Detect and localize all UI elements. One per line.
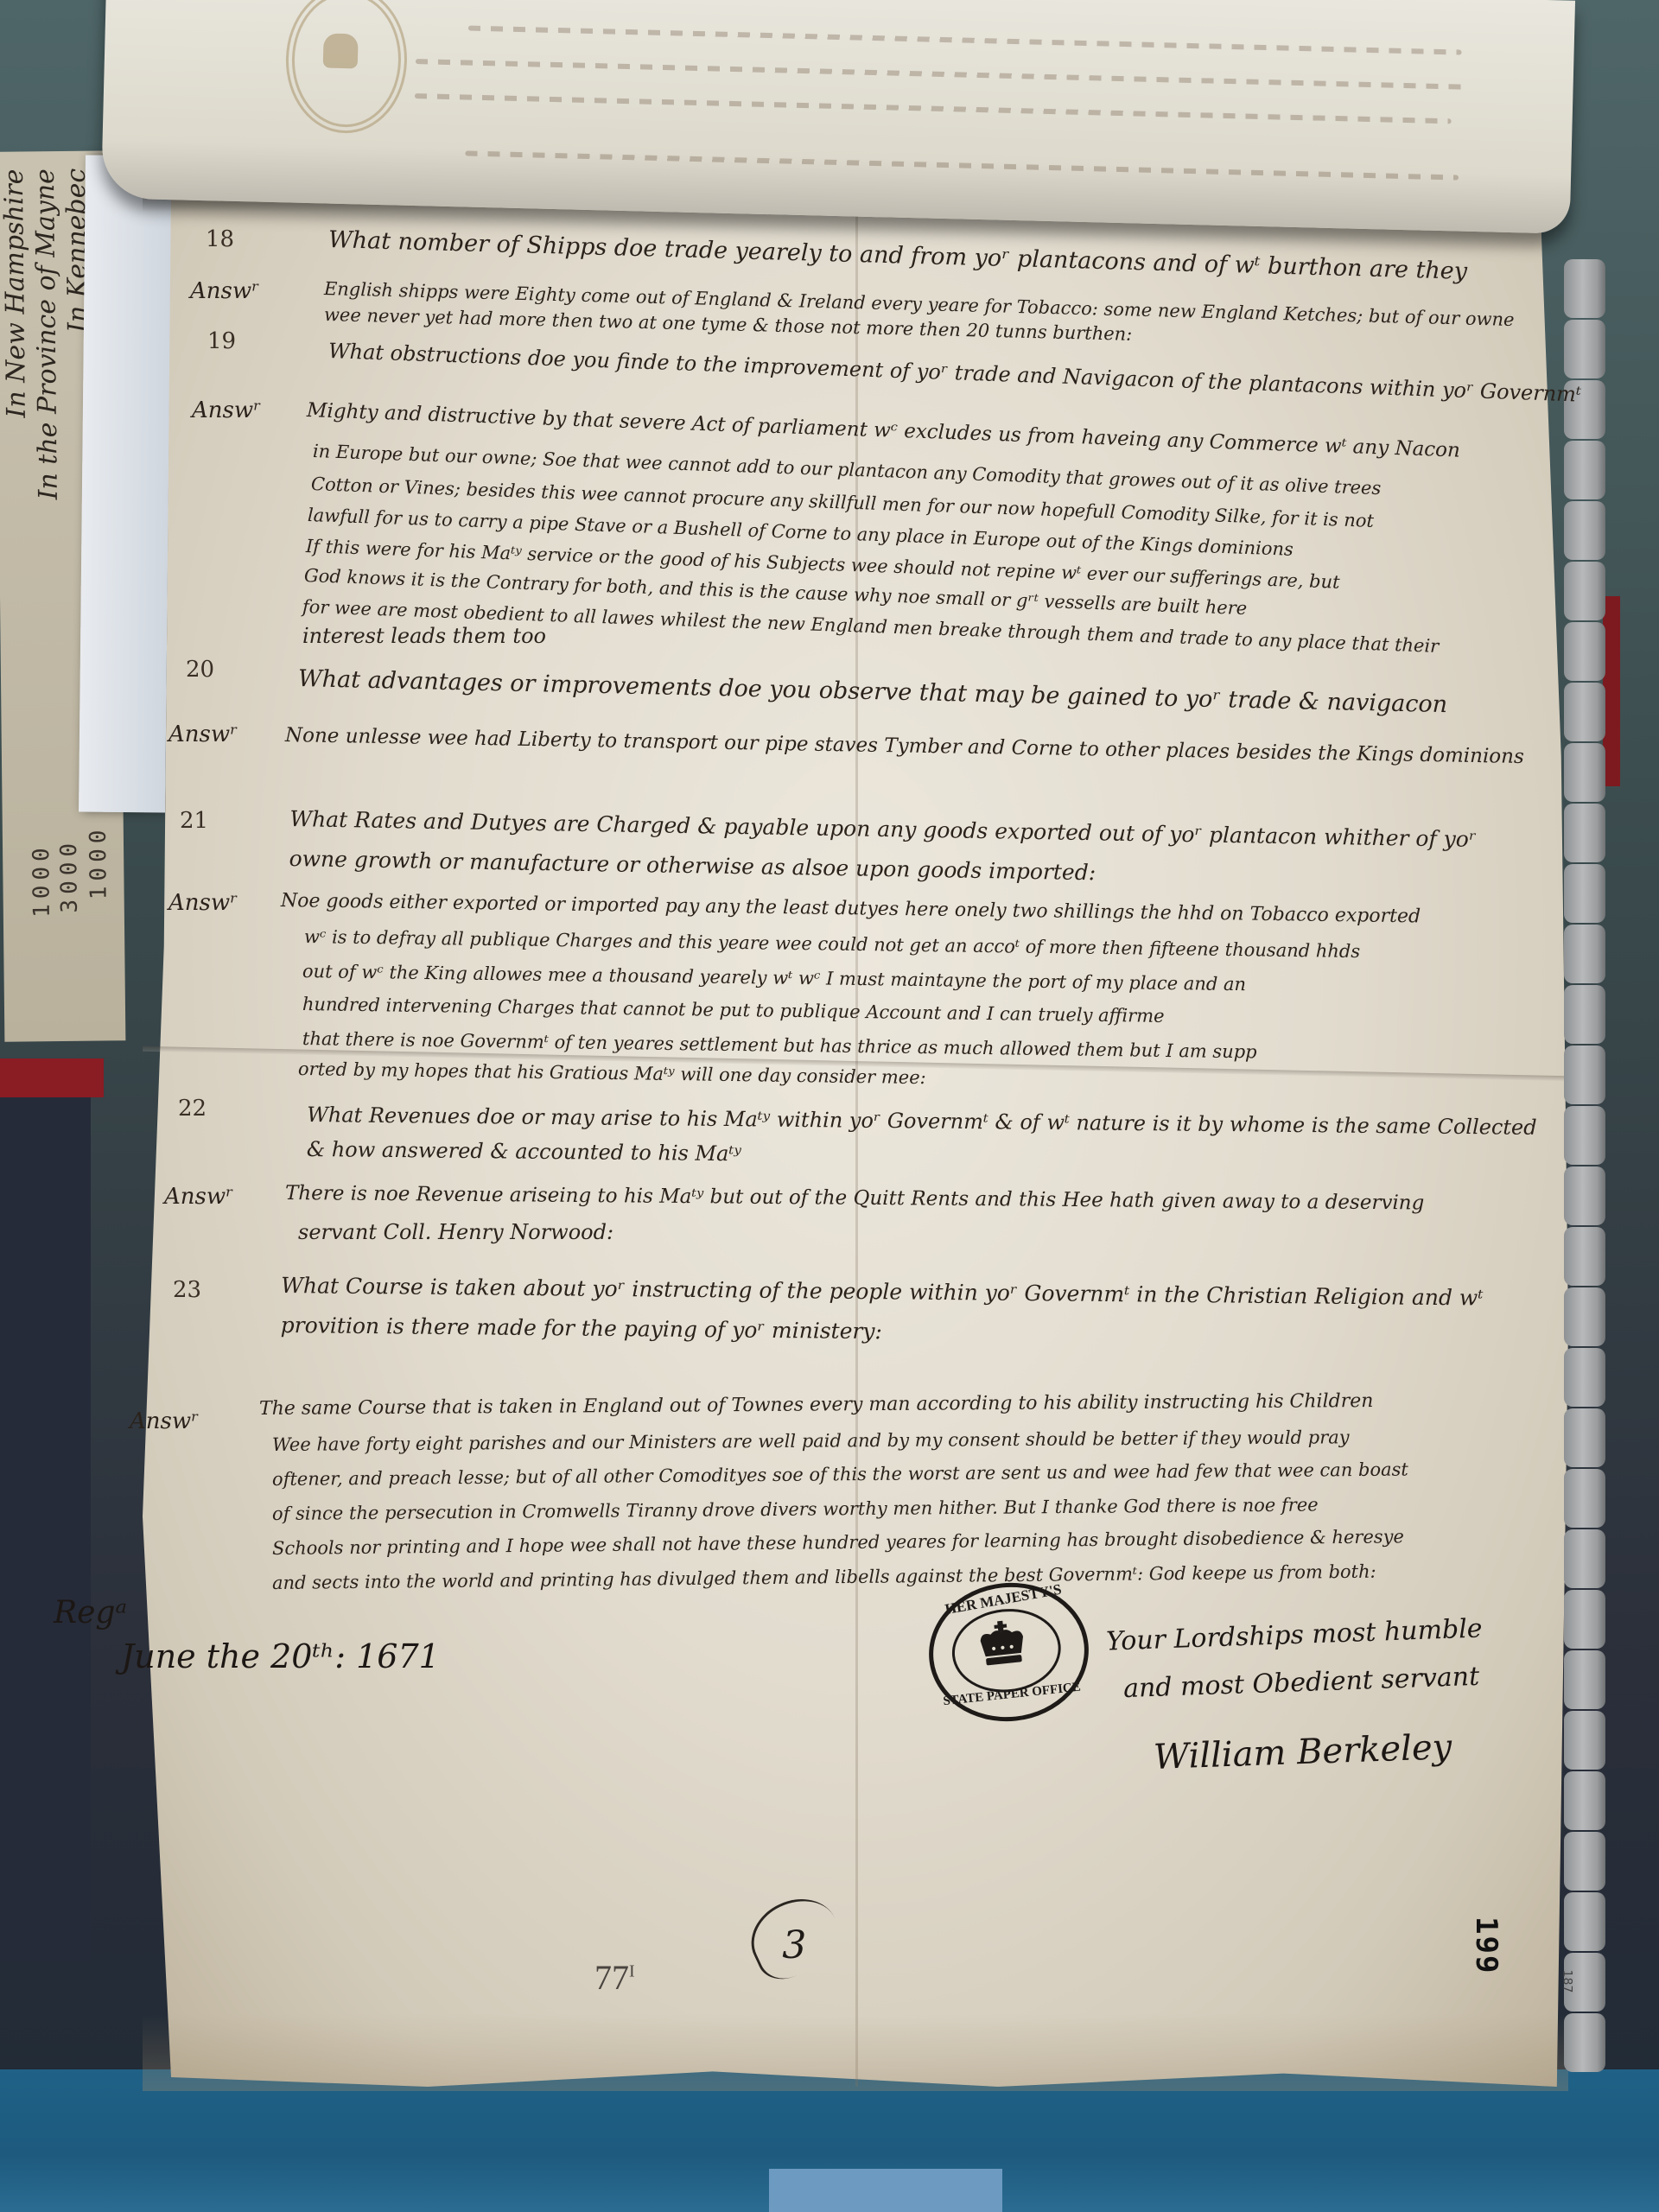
answer-label: Answʳ <box>168 890 238 916</box>
red-binding-cloth <box>0 1058 104 1097</box>
registry-mark: Regᵃ <box>54 1595 127 1630</box>
question-number: 21 <box>180 808 208 834</box>
blue-paper-slip <box>769 2169 1002 2212</box>
scrap-number: 1000 <box>29 842 55 918</box>
faint-crown-stamp-icon <box>284 0 409 135</box>
answer-label: Answʳ <box>190 278 259 304</box>
reference-mark: 77I <box>594 1957 635 1998</box>
curled-previous-page[interactable] <box>101 0 1575 234</box>
answer-label: Answʳ <box>130 1408 199 1434</box>
letter-date: June the 20ᵗʰ: 1671 <box>121 1637 440 1675</box>
question-number: 22 <box>178 1096 207 1122</box>
question-number: 19 <box>207 328 236 354</box>
folio-small-mark: 187 <box>1560 1970 1573 1993</box>
binding-cord <box>1564 259 1616 2091</box>
question-text: What Revenues doe or may arise to his Ma… <box>307 1097 1543 1179</box>
water-stain <box>143 2013 1568 2091</box>
question-text: What Course is taken about yoʳ instructi… <box>281 1266 1543 1358</box>
answer-line: servant Coll. Henry Norwood: <box>298 1220 613 1244</box>
answer-line: interest leads them too <box>302 624 546 648</box>
answer-label: Answʳ <box>192 397 261 423</box>
scrap-line: In the Province of Mayne <box>30 168 64 500</box>
scrap-number: 3000 <box>56 838 83 913</box>
answer-label: Answʳ <box>168 721 238 747</box>
question-number: 20 <box>186 657 214 683</box>
answer-label: Answʳ <box>164 1184 233 1210</box>
question-number: 18 <box>206 226 234 252</box>
dark-cover-cloth <box>0 1097 91 1961</box>
scrap-line: In New Hampshire <box>0 168 32 417</box>
white-paper-slip <box>79 155 172 812</box>
folio-number: 199 <box>1469 1916 1503 1974</box>
question-number: 23 <box>173 1277 201 1303</box>
crown-icon <box>973 1617 1032 1672</box>
scrap-number: 1000 <box>86 824 112 899</box>
